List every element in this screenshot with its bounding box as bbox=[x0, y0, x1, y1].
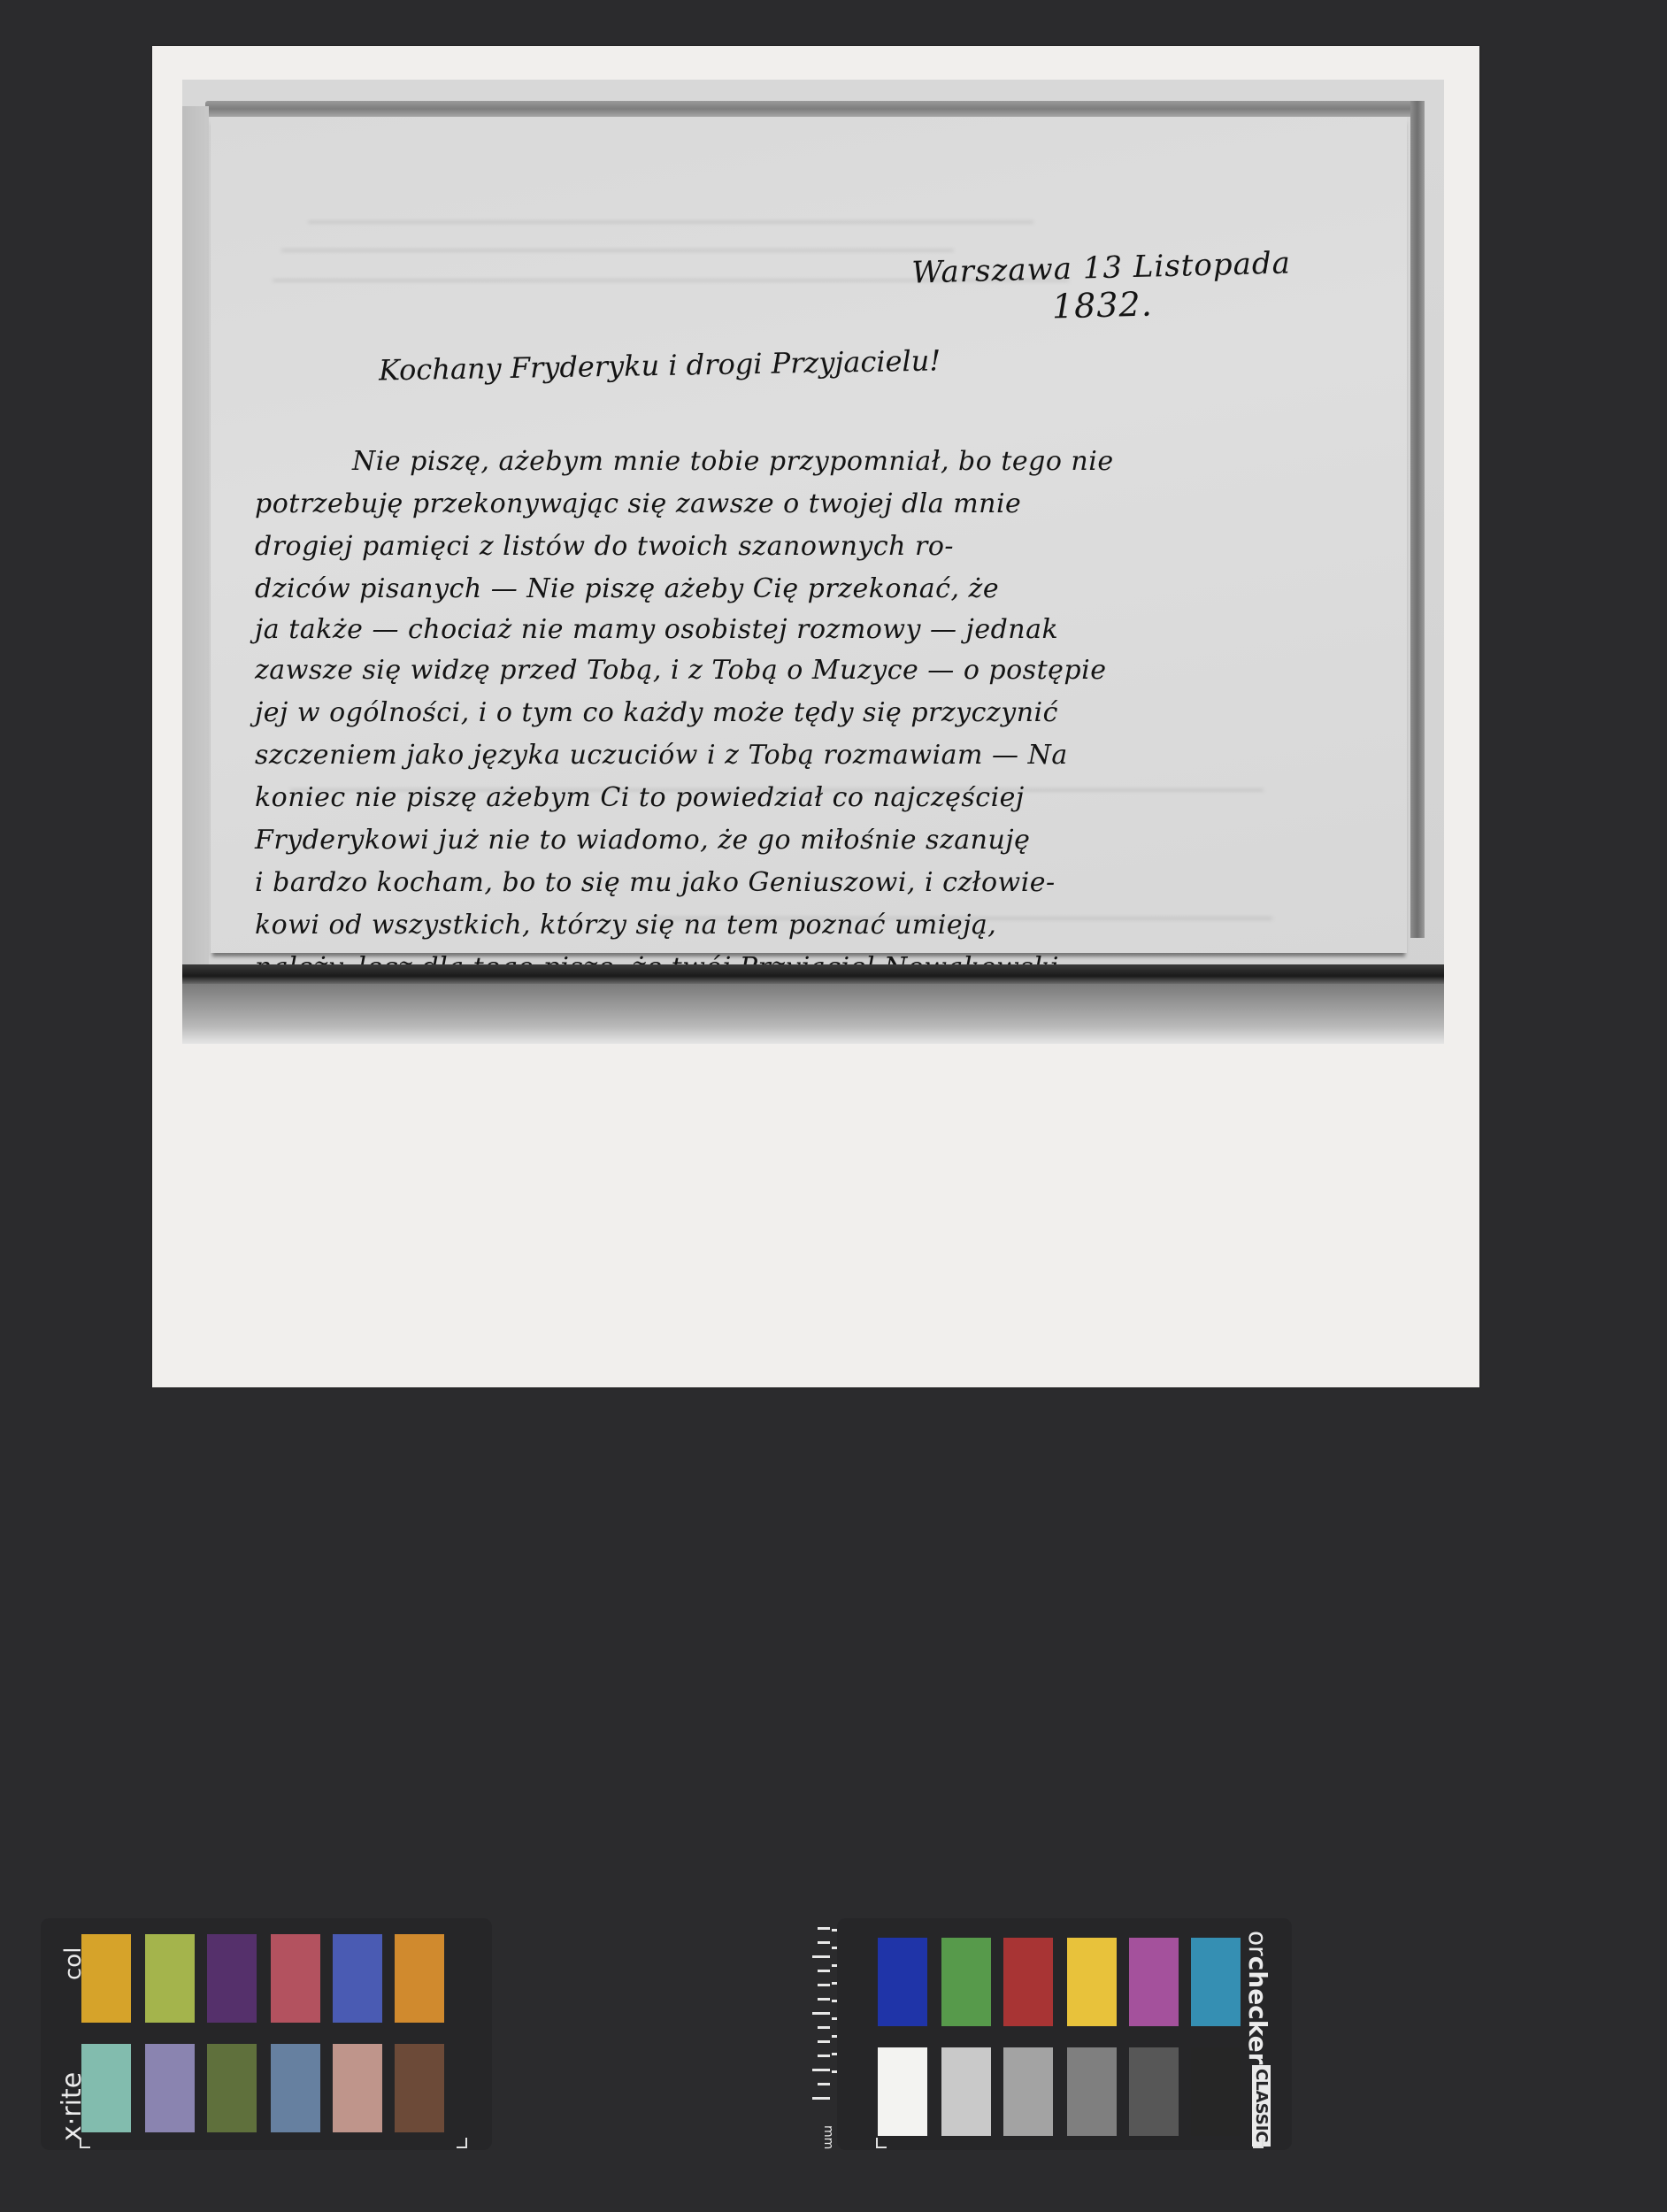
swatch-orange bbox=[395, 1934, 444, 2023]
color-checker-right-panel: orchecker CLASSIC bbox=[837, 1918, 1292, 2150]
photographic-print: Warszawa 13 Listopada 1832. Kochany Fryd… bbox=[152, 46, 1479, 1387]
letter-line: kowi od wszystkich, którzy się na tem po… bbox=[255, 910, 996, 941]
album-lower-edge bbox=[182, 964, 1444, 984]
letter-line: jej w ogólności, i o tym co każdy może t… bbox=[255, 697, 1058, 728]
swatch-white bbox=[878, 2047, 927, 2136]
letter-line: potrzebuję przekonywając się zawsze o tw… bbox=[255, 488, 1021, 519]
swatch-neutral-6-5 bbox=[1003, 2047, 1053, 2136]
crop-mark bbox=[876, 2138, 887, 2148]
album-right-edge bbox=[1410, 101, 1425, 938]
album-shadow bbox=[182, 984, 1444, 1044]
swatch-red bbox=[1003, 1938, 1053, 2026]
swatch-bluish-green bbox=[81, 2044, 131, 2132]
swatch-magenta bbox=[1129, 1938, 1179, 2026]
letter-line: Fryderykowi już nie to wiadomo, że go mi… bbox=[255, 825, 1030, 856]
swatch-purplish-blue bbox=[333, 1934, 382, 2023]
swatch-neutral-5 bbox=[1067, 2047, 1117, 2136]
letter-line: drogiej pamięci z listów do twoich szano… bbox=[255, 531, 954, 562]
salutation: Kochany Fryderyku i drogi Przyjacielu! bbox=[379, 343, 941, 387]
album-top-edge bbox=[205, 101, 1421, 117]
swatch-blue-flower bbox=[145, 2044, 195, 2132]
letter-line: ja także — chociaż nie mamy osobistej ro… bbox=[255, 614, 1058, 645]
handwritten-text: Warszawa 13 Listopada 1832. Kochany Fryd… bbox=[211, 117, 1407, 953]
swatch-green bbox=[941, 1938, 991, 2026]
dateline: Warszawa 13 Listopada 1832. bbox=[911, 244, 1293, 328]
letter-line: szczeniem jako języka uczuciów i z Tobą … bbox=[255, 740, 1068, 771]
classic-badge: CLASSIC bbox=[1252, 2065, 1271, 2147]
letter-line: i bardzo kocham, bo to się mu jako Geniu… bbox=[255, 867, 1056, 898]
swatch-orange-yellow bbox=[81, 1934, 131, 2023]
ruler-unit-label: mm bbox=[821, 2125, 835, 2149]
album-left-edge bbox=[182, 106, 209, 1044]
swatch-yellow-green bbox=[145, 1934, 195, 2023]
swatch-neutral-3-5 bbox=[1129, 2047, 1179, 2136]
letter-line: dziców pisanych — Nie piszę ażeby Cię pr… bbox=[255, 573, 999, 604]
swatch-dark-skin bbox=[395, 2044, 444, 2132]
swatch-yellow bbox=[1067, 1938, 1117, 2026]
swatch-neutral-8 bbox=[941, 2047, 991, 2136]
letter-photograph: Warszawa 13 Listopada 1832. Kochany Fryd… bbox=[182, 80, 1444, 1044]
swatch-moderate-red bbox=[271, 1934, 320, 2023]
colorchecker-wordmark: orchecker bbox=[1243, 1931, 1272, 2064]
swatch-foliage bbox=[207, 2044, 257, 2132]
letter-line: Nie piszę, ażebym mnie tobie przypomniał… bbox=[352, 446, 1114, 477]
swatch-blue bbox=[878, 1938, 927, 2026]
swatch-blue-sky bbox=[271, 2044, 320, 2132]
swatch-purple bbox=[207, 1934, 257, 2023]
color-checker-left-panel: col x·rite bbox=[41, 1918, 492, 2150]
crop-mark bbox=[80, 2138, 90, 2148]
crop-mark bbox=[1253, 2138, 1264, 2148]
crop-mark bbox=[457, 2138, 467, 2148]
swatch-black bbox=[1191, 2047, 1241, 2136]
swatch-cyan bbox=[1191, 1938, 1241, 2026]
swatch-light-skin bbox=[333, 2044, 382, 2132]
letter-line: koniec nie piszę ażebym Ci to powiedział… bbox=[255, 782, 1025, 813]
letter-line: zawsze się widzę przed Tobą, i z Tobą o … bbox=[255, 655, 1106, 686]
letter-page: Warszawa 13 Listopada 1832. Kochany Fryd… bbox=[211, 117, 1407, 953]
